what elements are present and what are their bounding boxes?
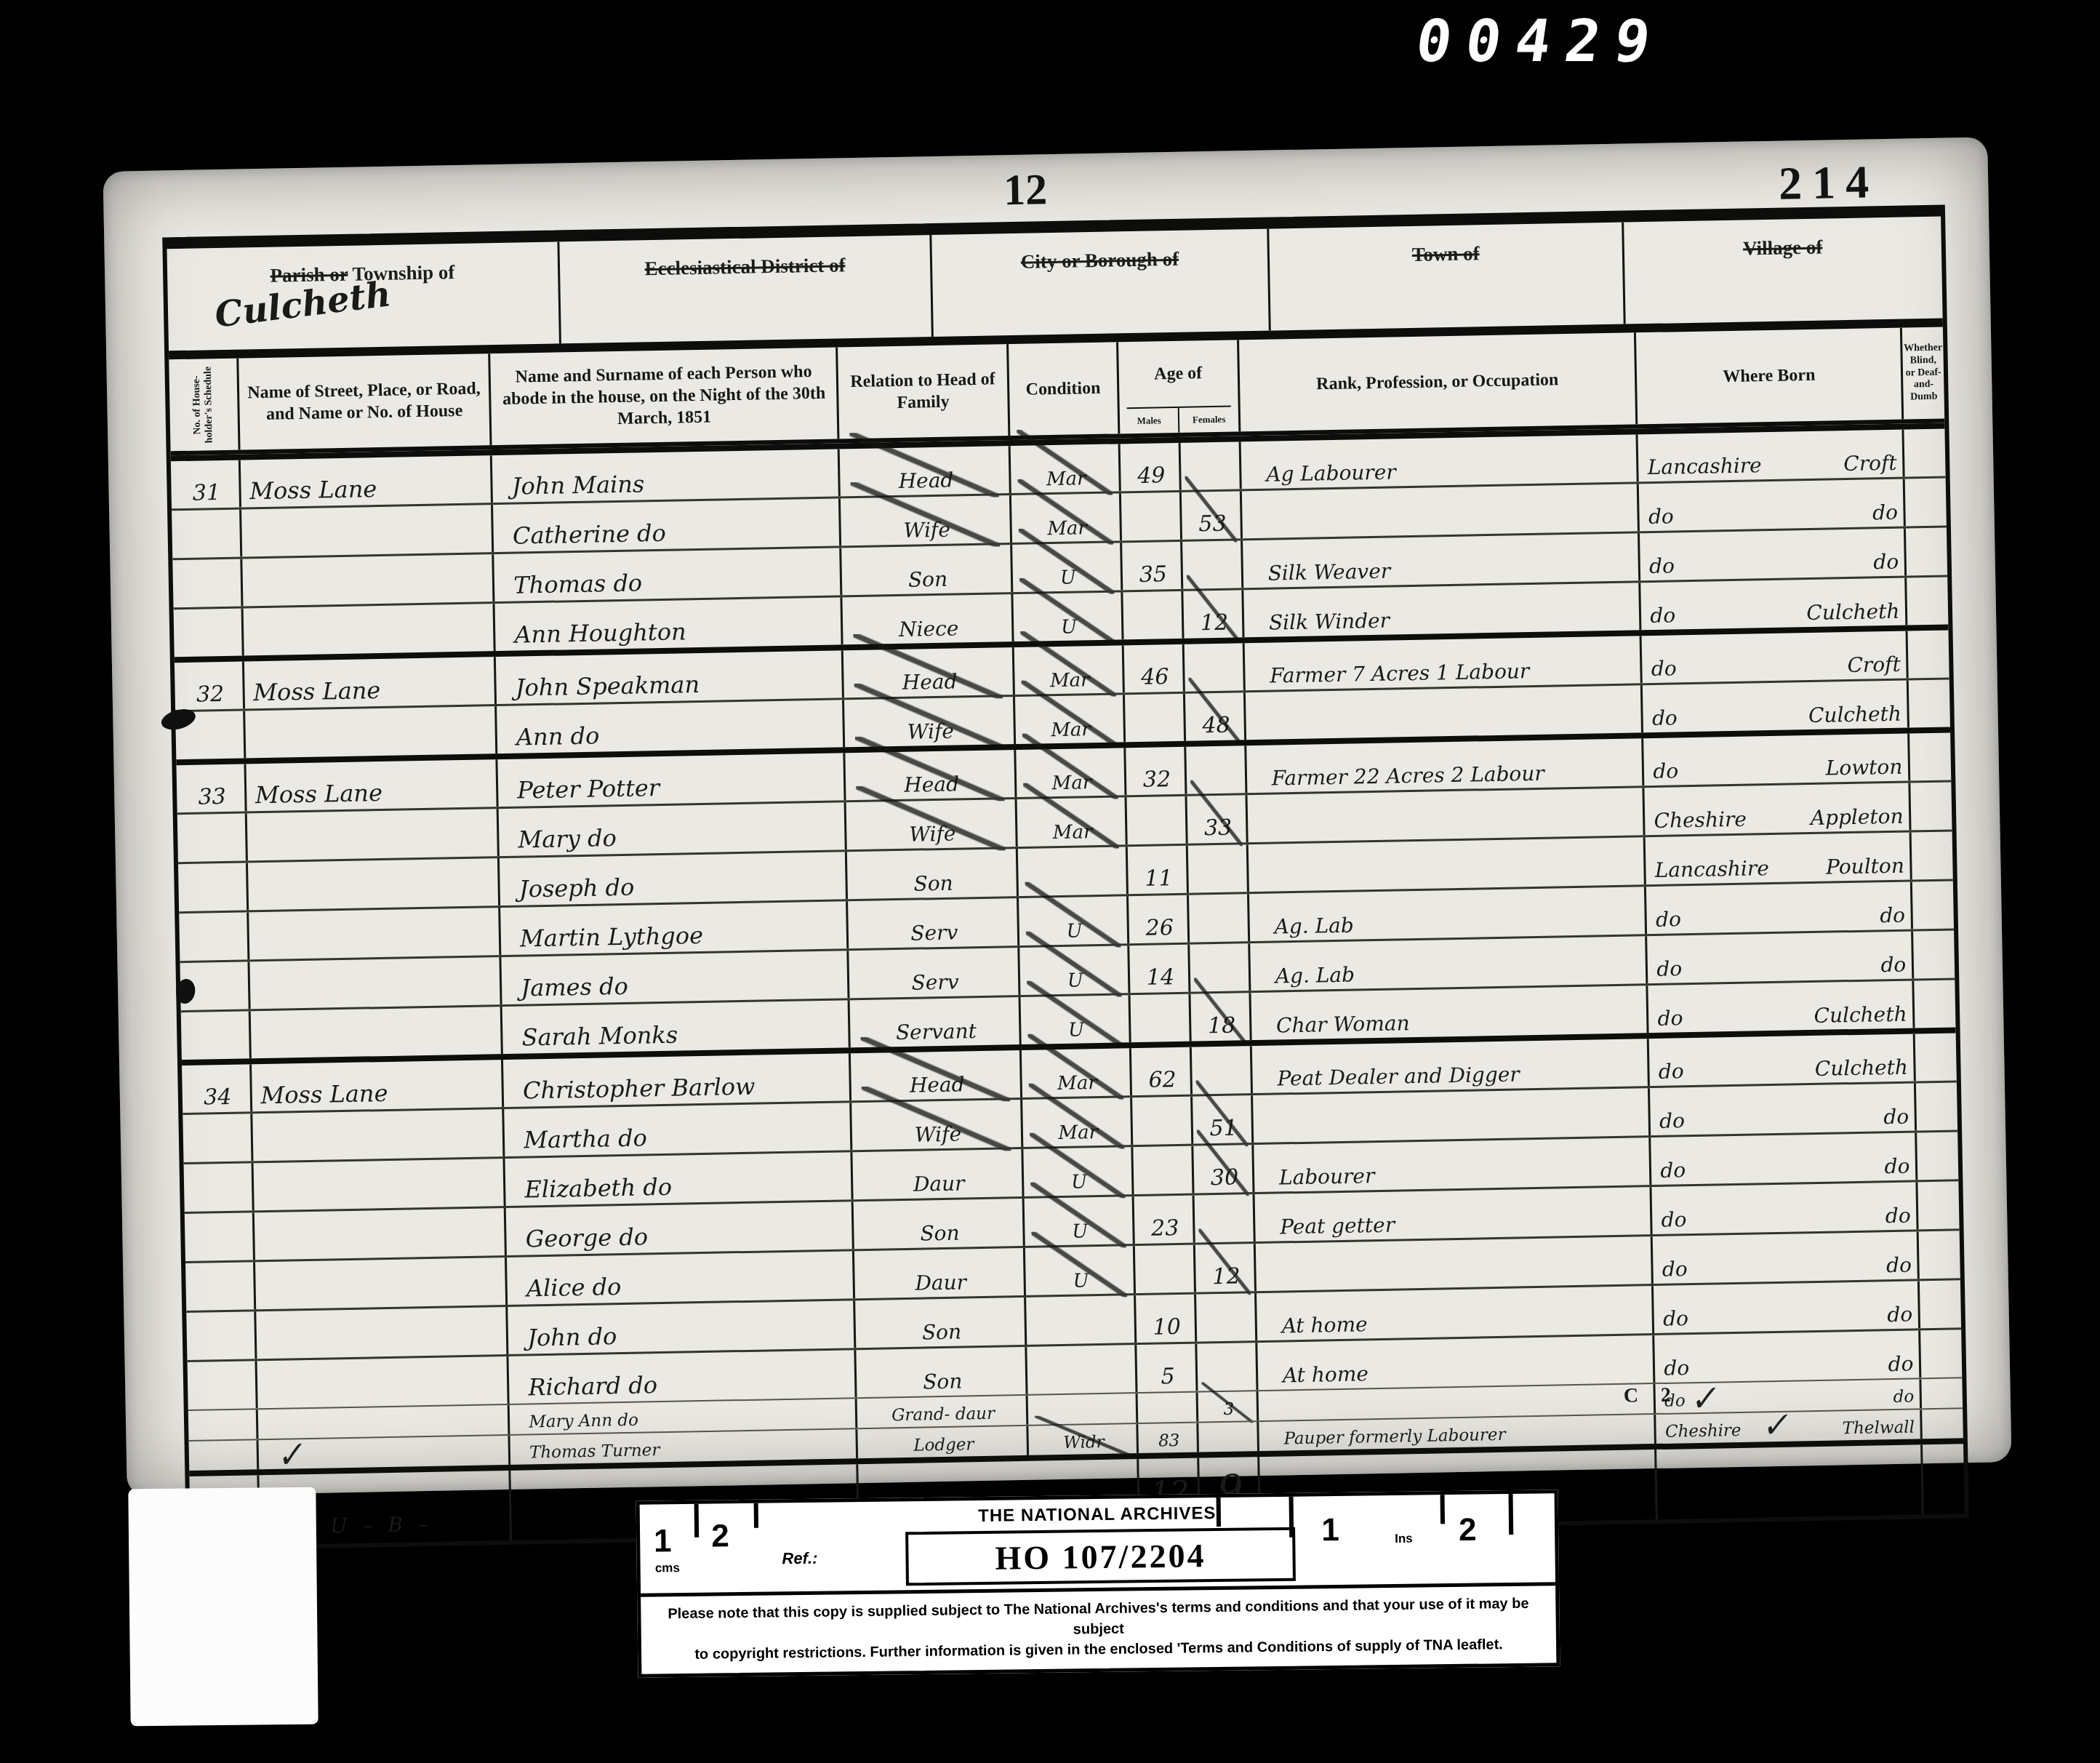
cell-relation: Serv bbox=[846, 898, 1017, 948]
born-place: do bbox=[1872, 500, 1898, 525]
cell-condition: U bbox=[1018, 995, 1129, 1044]
cell-where-born: CheshireAppleton bbox=[1643, 783, 1909, 836]
cell-condition: U bbox=[1021, 1147, 1131, 1196]
cms-label: cms bbox=[655, 1561, 680, 1575]
cell-condition-text: U bbox=[1067, 970, 1083, 991]
cell-blind-deaf bbox=[1916, 1181, 1960, 1229]
cell-where-born: dodo bbox=[1638, 529, 1904, 581]
cell-schedule-number bbox=[185, 1212, 253, 1261]
cell-age-female bbox=[1186, 844, 1247, 893]
cell-schedule-number bbox=[172, 510, 240, 559]
cell-person-name: James do bbox=[500, 951, 848, 1004]
born-place: Thelwall bbox=[1843, 1418, 1915, 1439]
cell-age-male: 26 bbox=[1126, 895, 1187, 944]
cell-street-text: Moss Lane bbox=[253, 676, 381, 706]
cell-street-text: Moss Lane bbox=[255, 779, 383, 809]
cell-condition: U bbox=[1023, 1246, 1134, 1295]
cell-relation-text: Wife bbox=[915, 1122, 962, 1146]
cell-condition: U bbox=[1017, 946, 1128, 995]
cell-occupation: Char Woman bbox=[1249, 986, 1647, 1040]
cell-occupation-text: Ag. Lab bbox=[1274, 914, 1354, 939]
cell-occupation-text: Char Woman bbox=[1276, 1011, 1410, 1037]
cell-relation-text: Niece bbox=[899, 616, 959, 641]
cell-relation-text: Wife bbox=[907, 719, 954, 744]
cell-condition-text: U bbox=[1072, 1220, 1088, 1242]
cell-schedule-number bbox=[188, 1410, 256, 1440]
cell-age-female bbox=[1182, 643, 1243, 692]
cell-blind-deaf bbox=[1920, 1409, 1963, 1439]
cell-relation-text: Son bbox=[913, 871, 953, 896]
cell-schedule-number: 31 bbox=[171, 460, 239, 509]
field-label-struck: Town of bbox=[1412, 242, 1480, 265]
born-place: do bbox=[1893, 1388, 1914, 1407]
cell-person-name-text: Martin Lythgoe bbox=[520, 922, 704, 953]
cell-relation: Son bbox=[851, 1199, 1022, 1249]
cell-schedule-number bbox=[184, 1163, 252, 1212]
cell-schedule-number-text: 32 bbox=[196, 681, 225, 708]
age-of-label: Age of bbox=[1126, 340, 1231, 409]
cell-age-male bbox=[1124, 796, 1185, 845]
cell-person-name: Elizabeth do bbox=[503, 1152, 851, 1206]
cell-condition: Mar bbox=[1019, 1048, 1130, 1098]
cell-age-female-text: 48 bbox=[1202, 713, 1230, 739]
cell-person-name: Alice do bbox=[505, 1251, 853, 1305]
cell-relation: Lodger bbox=[856, 1426, 1027, 1458]
cell-street bbox=[254, 1307, 507, 1359]
national-archives-title: THE NATIONAL ARCHIVES bbox=[640, 1499, 1555, 1530]
cell-schedule-number bbox=[177, 813, 246, 862]
cell-occupation: Labourer bbox=[1251, 1138, 1650, 1192]
born-place: do bbox=[1888, 1352, 1913, 1377]
cell-condition bbox=[1024, 1295, 1134, 1345]
cell-occupation-text: At home bbox=[1283, 1362, 1368, 1387]
cell-blind-deaf bbox=[1911, 930, 1955, 978]
cell-occupation bbox=[1251, 1088, 1649, 1143]
cell-occupation-text: Peat getter bbox=[1280, 1213, 1395, 1239]
cell-person-name-text: Alice do bbox=[526, 1273, 622, 1302]
cell-age-male: 32 bbox=[1123, 747, 1185, 796]
born-county: do bbox=[1660, 1158, 1686, 1183]
cell-age-female: 30 bbox=[1191, 1145, 1252, 1194]
cell-occupation-text: Farmer 22 Acres 2 Labour bbox=[1272, 761, 1544, 791]
born-place: do bbox=[1873, 550, 1899, 575]
cell-age-male bbox=[1119, 492, 1180, 541]
born-county: Cheshire bbox=[1665, 1421, 1742, 1442]
ref-label: Ref.: bbox=[782, 1549, 817, 1569]
cell-street bbox=[240, 554, 493, 606]
cell-street bbox=[244, 809, 497, 860]
cell-age-female: 3 bbox=[1195, 1391, 1257, 1422]
enumerator-checkmark: ✓ bbox=[273, 1434, 307, 1476]
cell-relation: Son bbox=[854, 1347, 1025, 1397]
born-place: Culcheth bbox=[1808, 702, 1902, 727]
cell-age-female: 51 bbox=[1190, 1095, 1251, 1144]
cell-age-female bbox=[1192, 1194, 1253, 1243]
cell-relation: Son bbox=[840, 545, 1011, 595]
cell-age-female-text: 33 bbox=[1204, 815, 1233, 841]
cell-age-male-text: 14 bbox=[1147, 964, 1175, 991]
cell-age-male bbox=[1130, 1097, 1191, 1146]
cell-age-male-text: 83 bbox=[1158, 1431, 1180, 1451]
form-field-4: Village of bbox=[1622, 217, 1943, 324]
born-county: do bbox=[1652, 705, 1678, 730]
form-field-0: Parish or Township ofCulcheth bbox=[167, 241, 558, 351]
cell-occupation: Farmer 7 Acres 1 Labour bbox=[1242, 636, 1640, 690]
cell-condition-text: U bbox=[1061, 616, 1077, 638]
cell-blind-deaf bbox=[1920, 1378, 1963, 1408]
born-place: Culcheth bbox=[1815, 1055, 1909, 1081]
cell-blind-deaf bbox=[1903, 479, 1947, 527]
cell-age-male: 46 bbox=[1122, 644, 1183, 693]
cell-condition: Mar bbox=[1014, 797, 1125, 847]
cell-schedule-number: 33 bbox=[176, 764, 244, 812]
cell-street bbox=[255, 1356, 508, 1408]
born-place: do bbox=[1883, 1105, 1909, 1130]
born-county: do bbox=[1650, 603, 1675, 628]
cell-occupation: Ag Labourer bbox=[1238, 434, 1637, 489]
cell-occupation: At home bbox=[1254, 1286, 1653, 1340]
cell-street bbox=[239, 505, 492, 556]
cell-relation: Son bbox=[854, 1298, 1025, 1348]
cell-person-name-text: Mary Ann do bbox=[529, 1411, 638, 1432]
cell-relation: Wife bbox=[844, 799, 1015, 849]
cell-person-name: Joseph do bbox=[497, 852, 846, 906]
born-county: do bbox=[1653, 759, 1678, 783]
form-field-3: Town of bbox=[1267, 223, 1623, 331]
col-header-name: Name and Surname of each Person who abod… bbox=[488, 347, 837, 445]
scanned-census-image: 00429 12 214 Parish or Township ofCulche… bbox=[0, 0, 2100, 1763]
cell-occupation: Silk Winder bbox=[1241, 583, 1640, 637]
census-page-paper: 12 214 Parish or Township ofCulchethEccl… bbox=[103, 137, 2012, 1496]
cell-age-male: 10 bbox=[1134, 1295, 1195, 1343]
cell-person-name: Ann Houghton bbox=[493, 597, 841, 651]
cell-age-male-text: 46 bbox=[1141, 664, 1169, 690]
born-county: do bbox=[1649, 553, 1675, 578]
field-label-struck: Ecclesiastical District of bbox=[644, 254, 845, 279]
cell-occupation-text: Ag. Lab bbox=[1275, 963, 1355, 988]
cell-street: Moss Lane bbox=[242, 657, 495, 708]
males-label: Males bbox=[1120, 408, 1179, 433]
cell-condition-text: U bbox=[1073, 1270, 1089, 1292]
cell-person-name: Mary do bbox=[497, 802, 845, 856]
blank-label-patch bbox=[128, 1487, 318, 1727]
cell-person-name-text: Mary do bbox=[518, 824, 617, 853]
cell-condition: Mar bbox=[1014, 748, 1124, 797]
cell-street: Moss Lane bbox=[244, 759, 497, 811]
cell-age-male: 5 bbox=[1134, 1344, 1195, 1393]
cell-where-born: doLowton bbox=[1642, 734, 1909, 786]
national-archives-ruler-card: 1 2 cms THE NATIONAL ARCHIVES Ref.: HO 1… bbox=[636, 1490, 1560, 1677]
cell-age-female: 48 bbox=[1183, 692, 1244, 741]
cell-relation: Head bbox=[843, 750, 1014, 800]
cell-blind-deaf bbox=[1912, 980, 1956, 1028]
cell-relation-text: Head bbox=[910, 1072, 965, 1097]
cell-age-male: 11 bbox=[1126, 846, 1187, 895]
totals-empty-born bbox=[1654, 1444, 1922, 1519]
born-county: do bbox=[1659, 1059, 1684, 1084]
cell-age-female-text: 12 bbox=[1201, 610, 1229, 636]
cell-condition: Mar bbox=[1008, 444, 1118, 493]
cell-age-female: 12 bbox=[1181, 590, 1242, 639]
cell-person-name-text: John Speakman bbox=[515, 671, 700, 702]
cell-relation-text: Head bbox=[902, 669, 958, 694]
females-label: Females bbox=[1178, 407, 1238, 433]
cell-schedule-number bbox=[186, 1311, 255, 1360]
cell-age-male: 62 bbox=[1129, 1047, 1190, 1096]
cell-where-born: LancashireCroft bbox=[1636, 430, 1903, 482]
cell-age-female bbox=[1178, 441, 1239, 490]
cell-person-name: Martha do bbox=[502, 1103, 850, 1156]
cell-where-born: dodo bbox=[1646, 932, 1912, 984]
cell-blind-deaf bbox=[1917, 1231, 1960, 1279]
field-label-struck: City or Borough of bbox=[1021, 248, 1179, 273]
cell-person-name-text: George do bbox=[525, 1223, 648, 1252]
cell-blind-deaf bbox=[1914, 1082, 1957, 1130]
cell-age-male bbox=[1135, 1393, 1196, 1423]
born-place: Appleton bbox=[1811, 804, 1904, 830]
cell-relation: Son bbox=[845, 849, 1016, 899]
born-county: do bbox=[1656, 907, 1681, 932]
cell-condition-text: Mar bbox=[1057, 1072, 1097, 1095]
field-label-struck: Village of bbox=[1743, 236, 1823, 260]
cell-age-male-text: 10 bbox=[1153, 1314, 1181, 1340]
cell-condition-text: U bbox=[1071, 1171, 1087, 1193]
cell-person-name-text: Martha do bbox=[524, 1124, 647, 1154]
cell-occupation bbox=[1245, 788, 1643, 842]
cell-person-name: Thomas do bbox=[492, 548, 840, 601]
cell-person-name-text: Christopher Barlow bbox=[523, 1073, 756, 1105]
cell-street: Moss Lane bbox=[239, 455, 492, 507]
cell-relation-text: Son bbox=[920, 1221, 960, 1246]
born-place: Poulton bbox=[1826, 854, 1904, 879]
cell-schedule-number-text: 33 bbox=[198, 784, 226, 810]
cell-where-born: dodo bbox=[1649, 1132, 1916, 1185]
cell-person-name-text: Sarah Monks bbox=[521, 1021, 678, 1052]
cell-where-born: dodo bbox=[1650, 1182, 1917, 1234]
cell-relation-text: Head bbox=[904, 772, 959, 796]
cell-person-name-text: James do bbox=[521, 972, 628, 1002]
cell-condition: U bbox=[1010, 543, 1121, 592]
cell-occupation bbox=[1240, 484, 1638, 538]
cell-person-name-text: Catherine do bbox=[513, 519, 667, 550]
cell-street bbox=[253, 1258, 506, 1309]
cell-relation-text: Grand- daur bbox=[891, 1404, 995, 1426]
cell-age-male: 23 bbox=[1132, 1196, 1193, 1244]
col-header-street: Name of Street, Place, or Road, and Name… bbox=[236, 353, 490, 449]
cell-blind-deaf bbox=[1907, 732, 1951, 780]
cell-relation: Head bbox=[849, 1050, 1019, 1100]
cell-person-name-text: Thomas do bbox=[513, 569, 643, 599]
cell-street-text: Moss Lane bbox=[249, 475, 377, 505]
born-place: do bbox=[1885, 1204, 1911, 1228]
cell-condition-text: U bbox=[1066, 920, 1082, 942]
cell-condition-text: Mar bbox=[1046, 468, 1086, 490]
cell-where-born: dodo bbox=[1644, 882, 1911, 935]
ins-label: Ins bbox=[1395, 1532, 1413, 1546]
born-place: do bbox=[1884, 1154, 1909, 1179]
cell-occupation: At home bbox=[1255, 1335, 1654, 1390]
cell-occupation-text: At home bbox=[1281, 1312, 1367, 1338]
col-header-condition: Condition bbox=[1006, 342, 1118, 436]
col-header-blind-deaf: Whether Blind, or Deaf-and-Dumb bbox=[1900, 327, 1944, 420]
cell-schedule-number bbox=[183, 1114, 251, 1162]
born-county: do bbox=[1661, 1207, 1686, 1232]
reference-number-box: HO 107/2204 bbox=[905, 1527, 1296, 1586]
cell-relation-text: Serv bbox=[910, 921, 958, 946]
cell-condition-text: Mar bbox=[1051, 772, 1091, 794]
cell-relation-text: Wife bbox=[903, 518, 950, 543]
cell-person-name: Peter Potter bbox=[496, 753, 844, 807]
cell-person-name-text: John Mains bbox=[511, 470, 644, 500]
cell-age-female-text: 30 bbox=[1211, 1165, 1239, 1191]
cell-age-male-text: 49 bbox=[1137, 463, 1166, 489]
cell-age-female: 12 bbox=[1193, 1244, 1254, 1292]
born-place: Lowton bbox=[1825, 755, 1902, 780]
cell-age-male bbox=[1123, 694, 1184, 743]
cell-schedule-number bbox=[174, 609, 242, 657]
cell-where-born: doCroft bbox=[1640, 631, 1907, 684]
cell-condition-text: Mar bbox=[1047, 517, 1087, 540]
cell-age-male: 83 bbox=[1136, 1423, 1197, 1454]
cell-condition-text: Mar bbox=[1050, 669, 1090, 692]
cell-age-male-text: 5 bbox=[1161, 1364, 1175, 1389]
cell-person-name-text: Joseph do bbox=[519, 873, 635, 903]
born-county: do bbox=[1651, 656, 1676, 681]
born-county: Cheshire bbox=[1654, 807, 1747, 833]
cell-age-female-text: 12 bbox=[1212, 1263, 1241, 1290]
cell-relation-text: Servant bbox=[896, 1019, 977, 1044]
cell-person-name-text: Ann Houghton bbox=[514, 617, 686, 648]
cell-age-female bbox=[1180, 540, 1241, 589]
born-place: Croft bbox=[1843, 451, 1897, 476]
cell-condition: Widr bbox=[1026, 1424, 1137, 1455]
col-header-relation: Relation to Head of Family bbox=[836, 344, 1009, 439]
cell-person-name-text: John do bbox=[527, 1322, 617, 1351]
inch-scale-1: 1 bbox=[1321, 1512, 1339, 1548]
col-header-age: Age of Males Females bbox=[1116, 340, 1238, 433]
cell-occupation-text: Peat Dealer and Digger bbox=[1277, 1062, 1520, 1090]
cell-blind-deaf bbox=[1909, 831, 1953, 879]
cell-where-born: doCulcheth bbox=[1646, 980, 1913, 1033]
cell-age-female bbox=[1187, 943, 1249, 992]
cell-age-female bbox=[1190, 1046, 1251, 1095]
cell-street bbox=[248, 1007, 501, 1058]
cell-age-female-text: 3 bbox=[1223, 1400, 1234, 1419]
cell-blind-deaf bbox=[1909, 782, 1952, 830]
enumerator-checkmark: ✓ bbox=[1759, 1404, 1790, 1445]
born-county: do bbox=[1657, 1006, 1683, 1031]
cell-where-born: dodo bbox=[1648, 1083, 1915, 1135]
cell-occupation: Ag. Lab bbox=[1247, 887, 1646, 941]
cell-condition-text: Mar bbox=[1051, 719, 1091, 741]
cell-relation-text: Head bbox=[898, 468, 953, 493]
cell-blind-deaf bbox=[1906, 631, 1949, 679]
born-county: do bbox=[1656, 956, 1682, 981]
cell-condition: U bbox=[1022, 1196, 1132, 1246]
cell-schedule-number bbox=[181, 1011, 249, 1060]
copyright-notice: Please note that this copy is supplied s… bbox=[641, 1586, 1556, 1674]
cell-relation-text: Son bbox=[923, 1370, 963, 1394]
cell-street: Moss Lane bbox=[249, 1060, 502, 1111]
cell-age-female: 18 bbox=[1188, 993, 1249, 1042]
cell-relation-text: Daur bbox=[913, 1171, 965, 1196]
cell-person-name: John Speakman bbox=[494, 650, 842, 704]
cell-person-name: Catherine do bbox=[491, 498, 839, 552]
cell-condition-text: U bbox=[1068, 1019, 1084, 1041]
cell-age-male-text: 26 bbox=[1145, 915, 1174, 941]
cell-where-born: dodo bbox=[1637, 479, 1904, 532]
cell-age-male bbox=[1131, 1146, 1192, 1195]
cell-age-male: 14 bbox=[1127, 945, 1188, 994]
cell-age-female: 53 bbox=[1179, 491, 1241, 540]
born-place: do bbox=[1880, 903, 1905, 928]
cell-condition: Mar bbox=[1013, 695, 1123, 744]
born-place: Culcheth bbox=[1814, 1002, 1907, 1028]
cell-where-born: dodo bbox=[1653, 1330, 1920, 1383]
born-place: Culcheth bbox=[1806, 599, 1900, 625]
cell-relation: Daur bbox=[852, 1248, 1023, 1298]
cell-schedule-number bbox=[172, 559, 241, 608]
cell-age-female bbox=[1195, 1343, 1256, 1391]
col-header-where-born: Where Born bbox=[1634, 328, 1901, 425]
born-county: Lancashire bbox=[1647, 453, 1762, 479]
cell-occupation: Farmer 22 Acres 2 Labour bbox=[1244, 738, 1643, 793]
cell-schedule-number: 32 bbox=[175, 662, 243, 711]
cell-relation-text: Son bbox=[922, 1320, 962, 1345]
born-county: do bbox=[1663, 1306, 1688, 1331]
cell-age-male bbox=[1128, 994, 1189, 1043]
cell-age-female: 33 bbox=[1185, 795, 1246, 844]
houses-uninhabited-building: U – B – bbox=[330, 1512, 433, 1538]
cell-condition: Mar bbox=[1009, 493, 1120, 543]
cell-condition: U bbox=[1017, 896, 1127, 946]
cell-person-name: George do bbox=[504, 1202, 852, 1255]
cell-person-name: Martin Lythgoe bbox=[498, 901, 846, 955]
cell-blind-deaf bbox=[1917, 1280, 1961, 1328]
cell-age-male-text: 23 bbox=[1151, 1215, 1179, 1242]
cell-age-female bbox=[1194, 1293, 1255, 1342]
cell-relation: Head bbox=[841, 647, 1012, 697]
cell-schedule-number-text: 31 bbox=[193, 480, 221, 506]
page-number-left: 12 bbox=[1003, 164, 1048, 215]
cell-where-born: LancashirePoulton bbox=[1643, 833, 1910, 885]
corner-mark-c2: C 2 bbox=[1623, 1383, 1680, 1407]
cell-condition bbox=[1015, 847, 1126, 896]
cell-blind-deaf bbox=[1905, 577, 1949, 625]
cell-schedule-number bbox=[188, 1361, 256, 1410]
cell-schedule-number bbox=[178, 863, 247, 911]
totals-empty-blind bbox=[1920, 1444, 1964, 1514]
enumerator-checkmark: ✓ bbox=[1687, 1378, 1720, 1420]
cell-blind-deaf bbox=[1907, 679, 1950, 727]
cell-age-female bbox=[1196, 1422, 1257, 1452]
cell-street bbox=[251, 1159, 504, 1210]
cell-blind-deaf bbox=[1919, 1330, 1963, 1378]
cell-relation: Wife bbox=[838, 495, 1009, 545]
born-place: Croft bbox=[1847, 652, 1901, 677]
born-county: do bbox=[1659, 1108, 1685, 1133]
cell-relation: Head bbox=[838, 446, 1009, 496]
cell-person-name-text: Peter Potter bbox=[517, 774, 660, 804]
cell-blind-deaf bbox=[1910, 881, 1954, 929]
cell-age-female bbox=[1187, 894, 1248, 943]
cell-relation-text: Serv bbox=[911, 970, 959, 995]
form-field-1: Ecclesiastical District of bbox=[557, 235, 931, 343]
cell-relation: Serv bbox=[847, 948, 1018, 998]
born-county: do bbox=[1648, 504, 1674, 529]
cell-street bbox=[241, 604, 494, 655]
cell-person-name-text: Ann do bbox=[516, 722, 600, 751]
